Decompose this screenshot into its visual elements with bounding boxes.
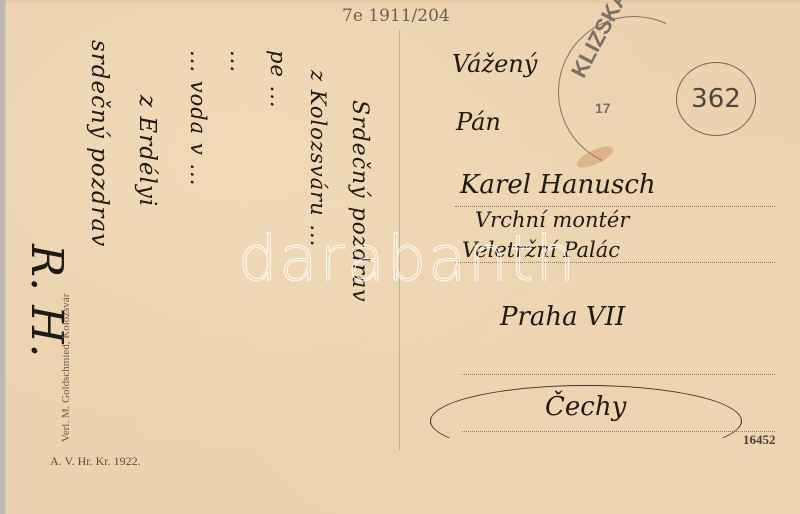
catalog-number: 16452 <box>743 432 776 448</box>
address-line-1 <box>455 206 775 207</box>
address-line-3 <box>462 374 775 375</box>
address-country: Čechy <box>545 392 626 422</box>
address-title: Pán <box>456 108 501 136</box>
address-line-4 <box>462 431 775 432</box>
archive-note: 7e 1911/204 <box>342 6 450 26</box>
message-line-2: z Kolozsváru ... <box>306 70 330 247</box>
series-imprint: A. V. Hr. Kr. 1922. <box>50 454 141 469</box>
reference-number: 362 <box>691 84 741 114</box>
message-line-7: srdečný pozdrav <box>86 40 112 247</box>
watermark: darabanth <box>238 222 577 295</box>
message-line-5: ... voda v ... <box>186 50 210 186</box>
address-city: Praha VII <box>500 302 625 332</box>
postmark-day: 17 <box>595 100 611 116</box>
message-line-6: z Erdélyi <box>134 95 160 207</box>
address-salutation: Vážený <box>452 50 537 78</box>
message-line-3: pe ... <box>266 50 290 109</box>
message-line-4: ... <box>226 50 250 73</box>
circled-reference-number: 362 <box>676 62 756 136</box>
address-name: Karel Hanusch <box>460 170 656 200</box>
publisher-imprint: Verl. M. Goldschmied, Kolozsvár <box>60 294 72 442</box>
